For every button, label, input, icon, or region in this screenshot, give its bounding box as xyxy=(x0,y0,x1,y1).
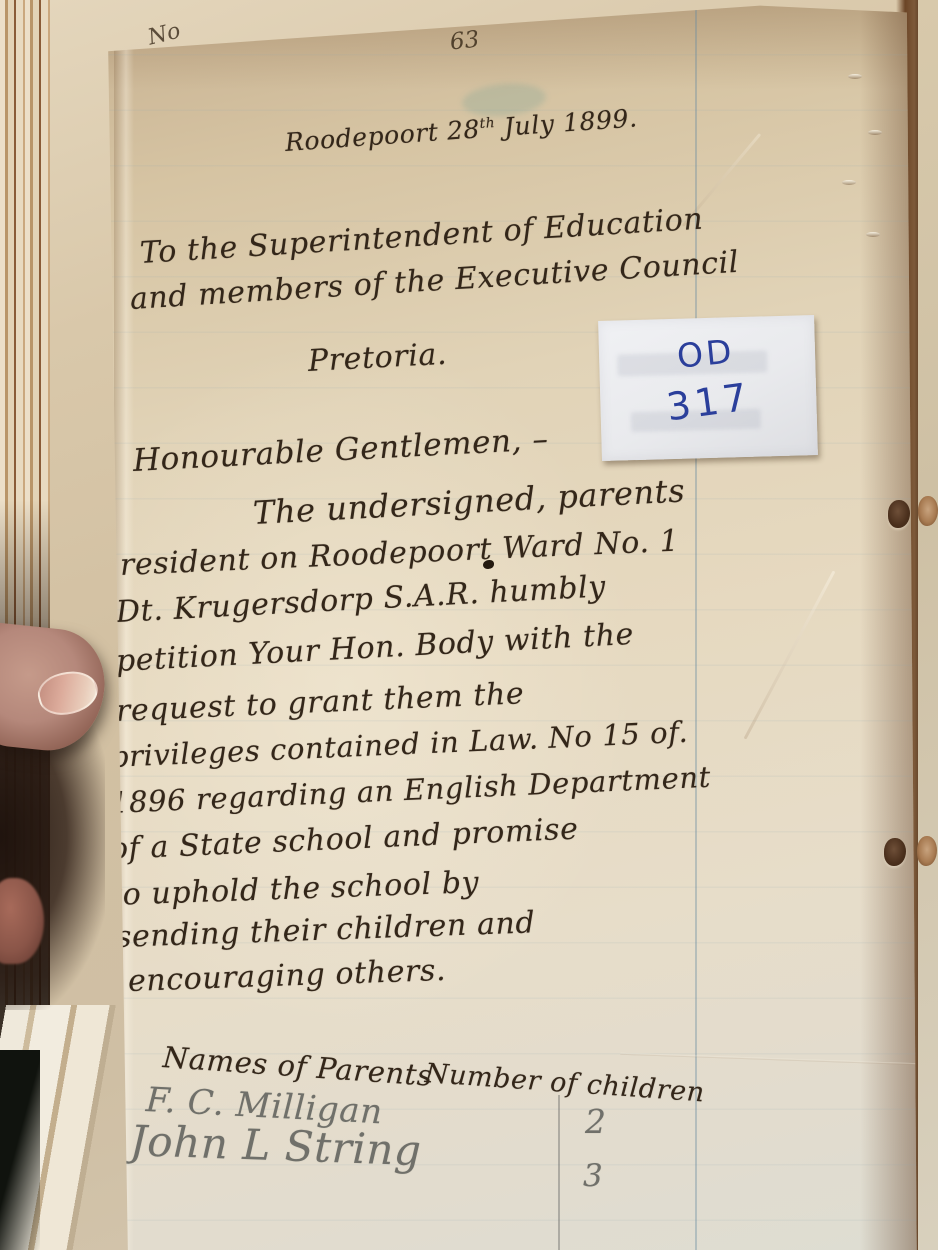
folio-page-number: 63 xyxy=(449,27,481,56)
page-behind-right-strip xyxy=(918,0,938,1250)
parent-signature: John L String xyxy=(129,1116,422,1175)
archive-label-code: OD xyxy=(675,331,736,375)
paper-dent xyxy=(848,74,862,79)
paper-dent xyxy=(842,180,856,185)
paper-dent xyxy=(868,130,882,135)
hand-holding-page xyxy=(0,600,130,1070)
column-divider-line xyxy=(558,1095,560,1250)
photo-of-document: 63 Roodepoort 28th July 1899. To the Sup… xyxy=(0,0,938,1250)
archive-label: OD 317 xyxy=(598,315,818,461)
paper-dent xyxy=(866,232,880,237)
vertical-rule-line xyxy=(695,0,697,1250)
letter-page: 63 Roodepoort 28th July 1899. To the Sup… xyxy=(100,0,920,1250)
children-count: 2 xyxy=(585,1102,607,1141)
address-line: Pretoria. xyxy=(307,337,448,379)
gutter-shadow xyxy=(0,1050,40,1250)
thumb-shadow xyxy=(0,720,105,1010)
children-count: 3 xyxy=(583,1158,603,1194)
